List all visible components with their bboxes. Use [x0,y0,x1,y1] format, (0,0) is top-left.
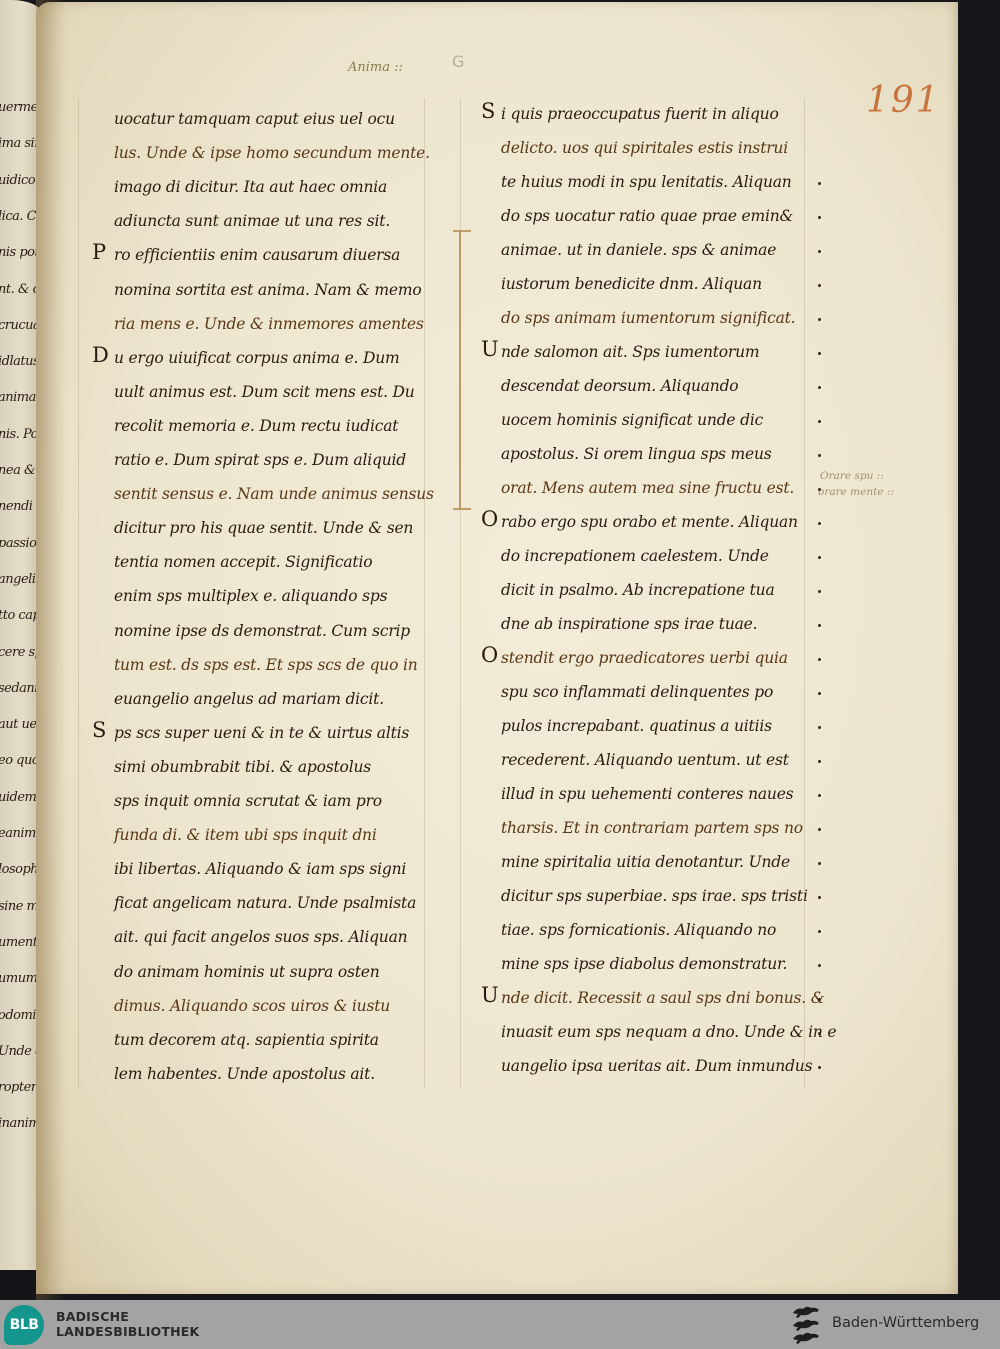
manuscript-line: sps inquit omnia scrutat & iam pro [114,792,382,810]
manuscript-line: ro efficientiis enim causarum diuersa [114,246,400,264]
manuscript-line: u ergo uiuificat corpus anima e. Dum [114,349,400,367]
manuscript-line: tum est. ds sps est. Et sps scs de quo i… [114,656,418,674]
manuscript-line: mine spiritalia uitia denotantur. Unde [501,853,790,871]
folio-page: Anima :: G 191 Orare spu :: orare mente … [36,2,958,1294]
initial-letter: S [481,99,495,123]
manuscript-line: descendat deorsum. Aliquando [501,377,738,395]
manuscript-line: delicto. uos qui spiritales estis instru… [501,139,788,157]
manuscript-line: ria mens e. Unde & inmemores amentes [114,315,424,333]
pricking-mark [818,556,821,559]
ruling-line [804,98,805,1088]
pricking-mark [818,726,821,729]
manuscript-line: nomina sortita est anima. Nam & memo [114,281,422,299]
manuscript-line: tharsis. Et in contrariam partem sps no [501,819,803,837]
pricking-mark [818,998,821,1001]
initial-letter: U [481,337,499,361]
pricking-mark [818,1066,821,1069]
manuscript-line: uangelio ipsa ueritas ait. Dum inmundus [501,1057,812,1075]
pricking-mark [818,862,821,865]
pricking-mark [818,964,821,967]
pricking-mark [818,420,821,423]
pricking-mark [818,250,821,253]
ruling-line [78,98,79,1088]
marginal-note-line-2: orare mente :: [818,486,894,498]
manuscript-line: enim sps multiplex e. aliquando sps [114,587,387,605]
manuscript-line: apostolus. Si orem lingua sps meus [501,445,772,463]
manuscript-line: dicitur sps superbiae. sps irae. sps tri… [501,887,808,905]
manuscript-line: uocem hominis significat unde dic [501,411,763,429]
manuscript-line: recolit memoria e. Dum rectu iudicat [114,417,398,435]
manuscript-line: pulos increpabant. quatinus a uitiis [501,717,772,735]
pricking-mark [818,318,821,321]
initial-letter: O [481,507,498,531]
manuscript-line: adiuncta sunt animae ut una res sit. [114,212,390,230]
manuscript-line: imago di dicitur. Ita aut haec omnia [114,178,387,196]
manuscript-line: recederent. Aliquando uentum. ut est [501,751,789,769]
manuscript-line: ait. qui facit angelos suos sps. Aliquan [114,928,407,946]
initial-letter: O [481,643,498,667]
manuscript-line: stendit ergo praedicatores uerbi quia [501,649,788,667]
gutter-shadow [36,0,66,1300]
pricking-mark [818,216,821,219]
manuscript-line: ps scs super ueni & in te & uirtus altis [114,724,409,742]
manuscript-line: lem habentes. Unde apostolus ait. [114,1065,375,1083]
initial-letter: S [92,718,106,742]
pricking-mark [818,896,821,899]
manuscript-line: dicitur pro his quae sentit. Unde & sen [114,519,413,537]
manuscript-line: dimus. Aliquando scos uiros & iustu [114,997,390,1015]
manuscript-line: nde salomon ait. Sps iumentorum [501,343,759,361]
manuscript-line: inuasit eum sps nequam a dno. Unde & in … [501,1023,836,1041]
initial-letter: U [481,983,499,1007]
manuscript-line: uult animus est. Dum scit mens est. Du [114,383,415,401]
manuscript-line: dicit in psalmo. Ab increpatione tua [501,581,775,599]
pricking-mark [818,590,821,593]
manuscript-line: tiae. sps fornicationis. Aliquando no [501,921,776,939]
manuscript-line: rabo ergo spu orabo et mente. Aliquan [501,513,798,531]
manuscript-line: dne ab inspiratione sps irae tuae. [501,615,757,633]
manuscript-line: ficat angelicam natura. Unde psalmista [114,894,416,912]
folio-number: 191 [866,80,941,121]
manuscript-line: do animam hominis ut supra osten [114,963,380,981]
manuscript-line: ibi libertas. Aliquando & iam sps signi [114,860,406,878]
ruling-line [460,98,461,1088]
pricking-mark [818,692,821,695]
manuscript-line: do increpationem caelestem. Unde [501,547,769,565]
pricking-mark [818,658,821,661]
initial-letter: D [92,343,109,367]
library-name-line-2: LANDESBIBLIOTHEK [56,1324,199,1339]
pricking-mark [818,794,821,797]
marginal-note-line-1: Orare spu :: [820,470,884,482]
manuscript-line: sentit sensus e. Nam unde animus sensus [114,485,434,503]
previous-page-line: ropter [0,1080,37,1095]
marginal-bracket [459,230,473,510]
pricking-mark [818,182,821,185]
previous-page-line: umum [0,971,37,986]
pricking-mark [818,386,821,389]
manuscript-line: illud in spu uehementi conteres naues [501,785,793,803]
ruling-line [424,98,425,1088]
manuscript-line: orat. Mens autem mea sine fructu est. [501,479,794,497]
running-head: Anima :: [348,60,403,75]
pricking-mark [818,522,821,525]
initial-letter: P [92,240,106,264]
state-label[interactable]: Baden-Württemberg [832,1315,979,1331]
pricking-mark [818,1032,821,1035]
pricking-mark [818,760,821,763]
manuscript-line: funda di. & item ubi sps inquit dni [114,826,377,844]
pricking-mark [818,454,821,457]
manuscript-line: iustorum benedicite dnm. Aliquan [501,275,762,293]
manuscript-line: do sps animam iumentorum significat. [501,309,795,327]
manuscript-line: i quis praeoccupatus fuerit in aliquo [501,105,779,123]
manuscript-line: uocatur tamquam caput eius uel ocu [114,110,395,128]
pricking-mark [818,828,821,831]
footer-bar: BLB BADISCHE LANDESBIBLIOTHEK Baden-Würt… [0,1300,1000,1349]
previous-page-line: uidemi [0,790,40,805]
running-head-mark: G [452,52,464,71]
manuscript-line: nde dicit. Recessit a saul sps dni bonus… [501,989,824,1007]
pricking-mark [818,284,821,287]
blb-logo[interactable]: BLB [4,1305,44,1345]
library-name-line-1: BADISCHE [56,1309,199,1324]
manuscript-line: euangelio angelus ad mariam dicit. [114,690,384,708]
pricking-mark [818,488,821,491]
manuscript-viewer: uermes omima simuluidicon perlica. Cruci… [0,0,1000,1300]
lions-crest-icon [790,1304,822,1346]
pricking-mark [818,930,821,933]
pricking-mark [818,624,821,627]
manuscript-line: spu sco inflammati delinquentes po [501,683,773,701]
library-name[interactable]: BADISCHE LANDESBIBLIOTHEK [56,1309,199,1339]
manuscript-line: tentia nomen accepit. Significatio [114,553,372,571]
manuscript-line: te huius modi in spu lenitatis. Aliquan [501,173,792,191]
manuscript-line: lus. Unde & ipse homo secundum mente. [114,144,430,162]
pricking-mark [818,352,821,355]
manuscript-line: nomine ipse ds demonstrat. Cum scrip [114,622,410,640]
manuscript-line: tum decorem atq. sapientia spirita [114,1031,379,1049]
manuscript-line: ratio e. Dum spirat sps e. Dum aliquid [114,451,406,469]
manuscript-line: animae. ut in daniele. sps & animae [501,241,776,259]
manuscript-line: mine sps ipse diabolus demonstratur. [501,955,787,973]
manuscript-line: simi obumbrabit tibi. & apostolus [114,758,371,776]
manuscript-line: do sps uocatur ratio quae prae emin& [501,207,793,225]
